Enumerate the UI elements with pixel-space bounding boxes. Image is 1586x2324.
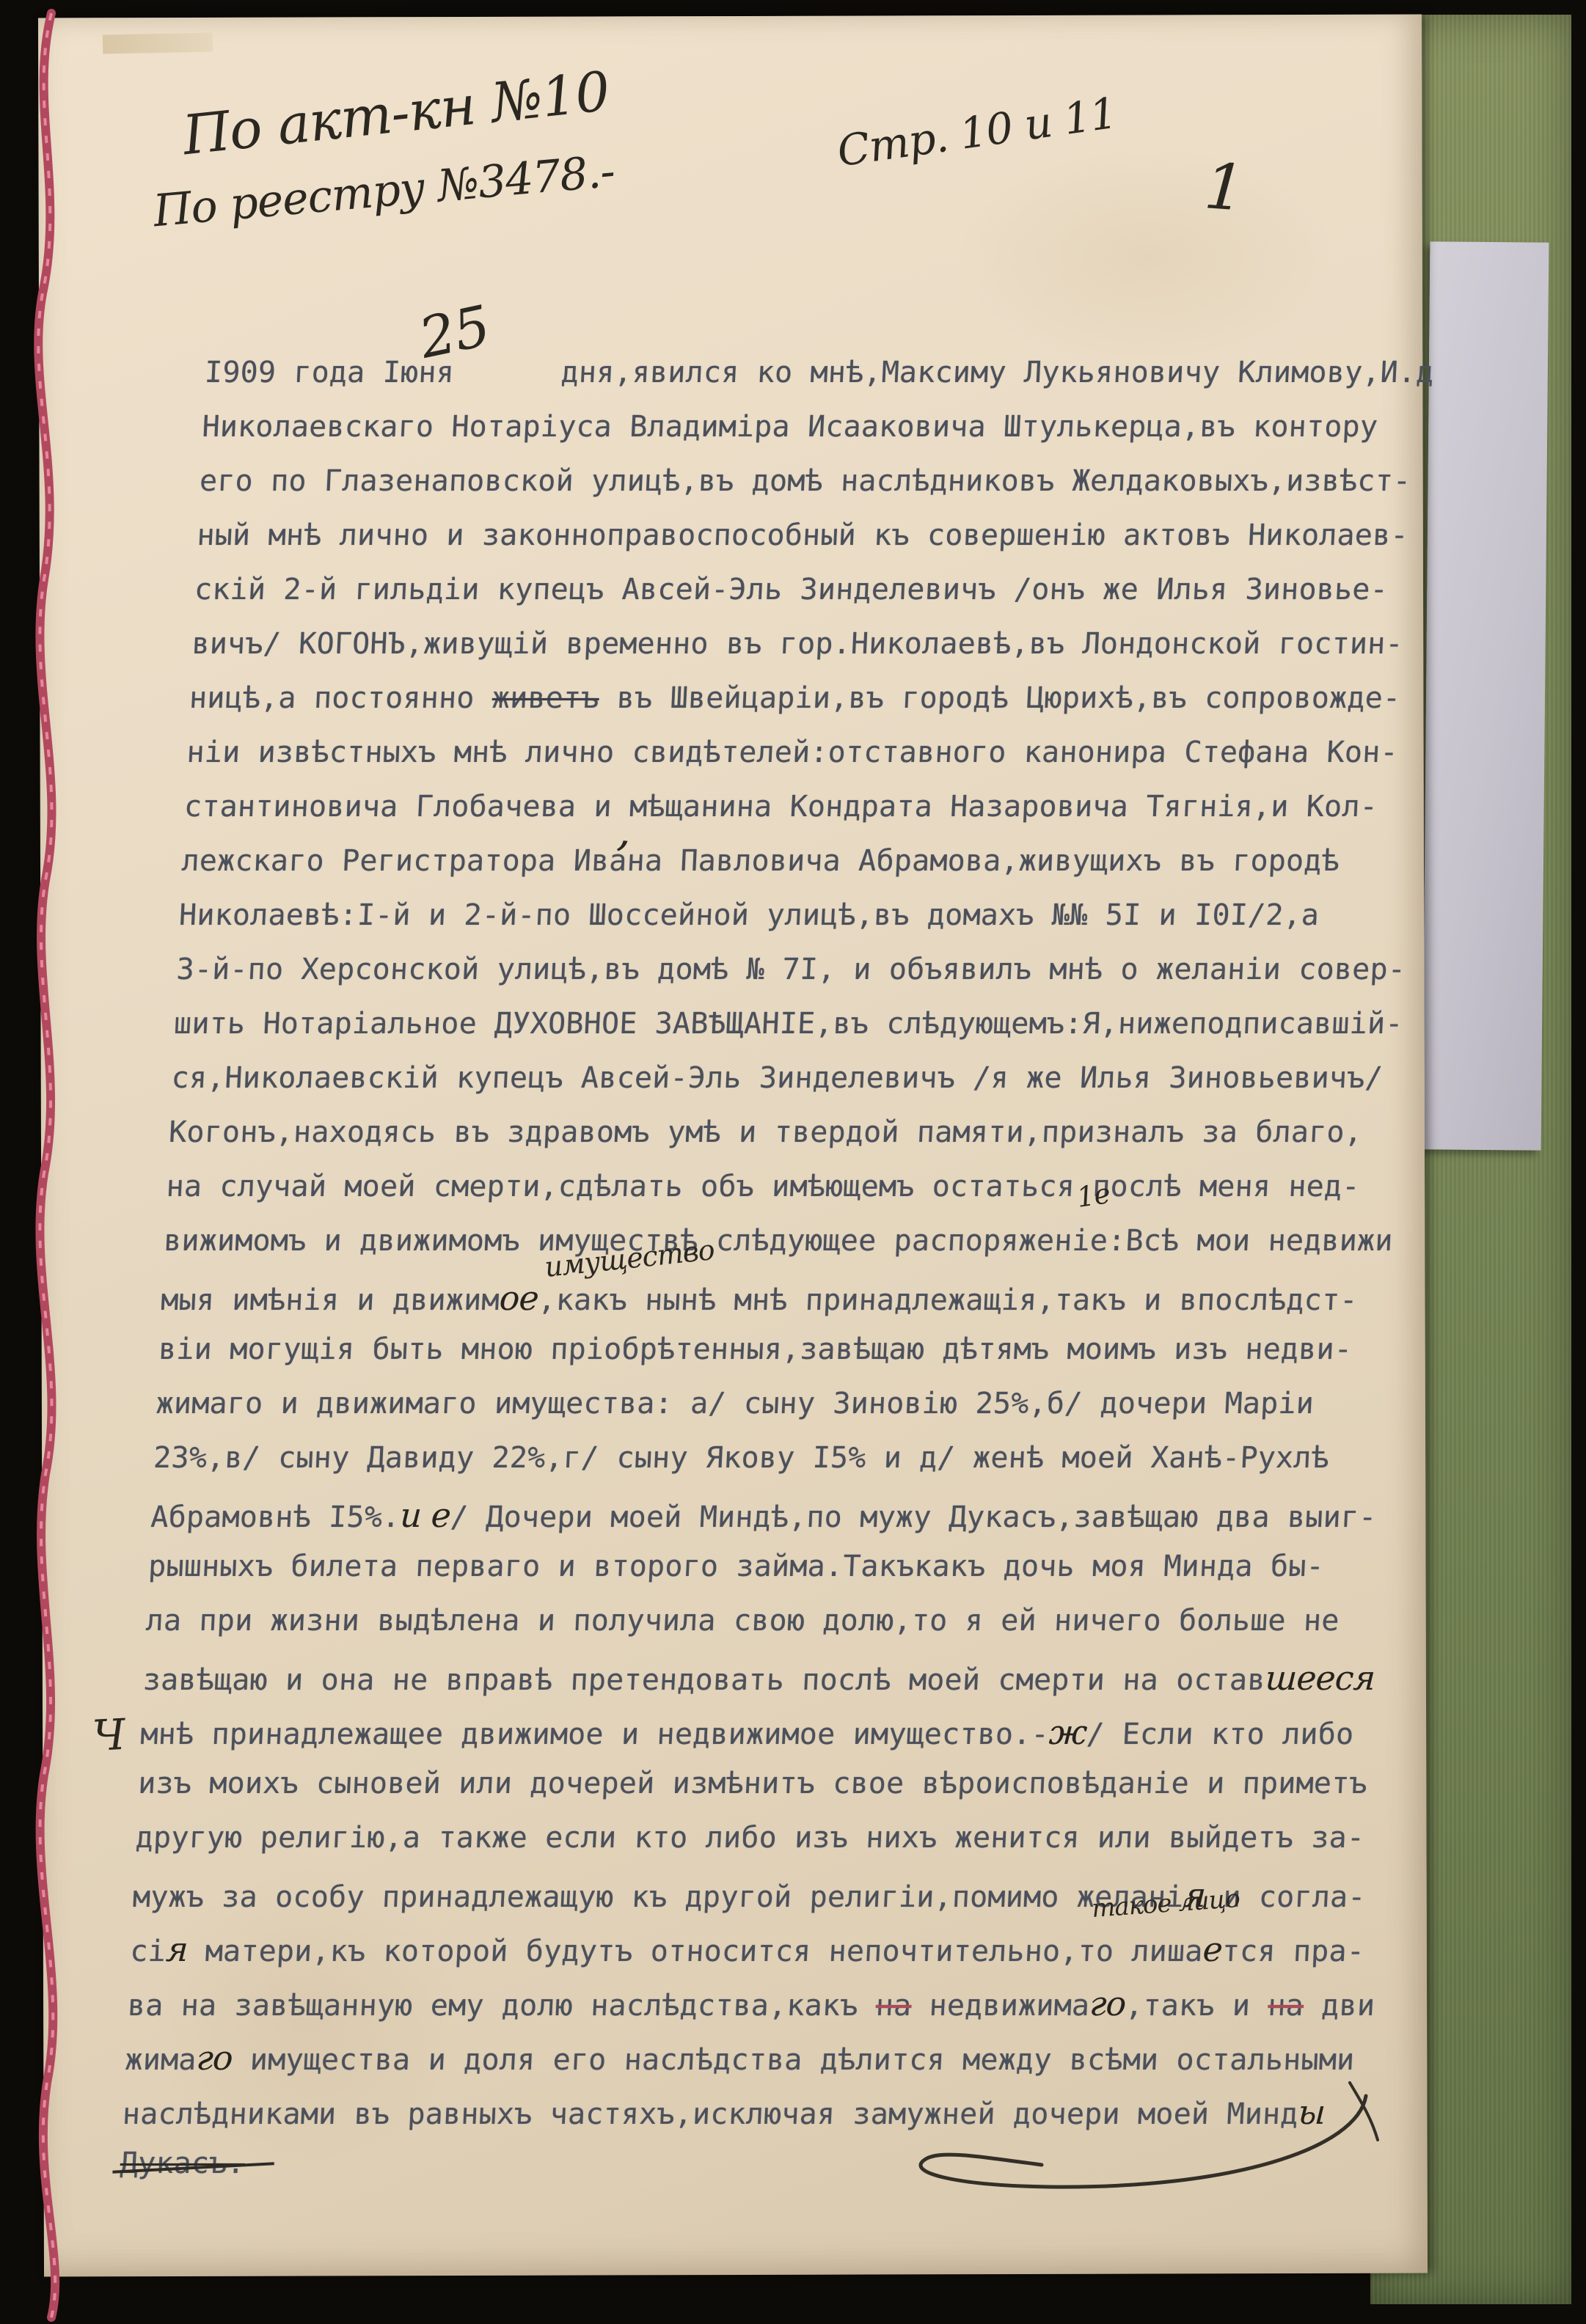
signature-flourish bbox=[0, 0, 1586, 2324]
handwritten-annotations-layer: По акт-кн №10По реестру №3478.-Стр. 10 и… bbox=[0, 0, 1586, 2324]
handwritten-note: Ч bbox=[91, 1709, 125, 1761]
handwritten-note: 1 bbox=[1202, 150, 1247, 226]
document-photo: І909 года Іюня дня,явился ко мнѣ,Максиму… bbox=[0, 0, 1586, 2324]
handwritten-note: 1е bbox=[1075, 1177, 1111, 1214]
